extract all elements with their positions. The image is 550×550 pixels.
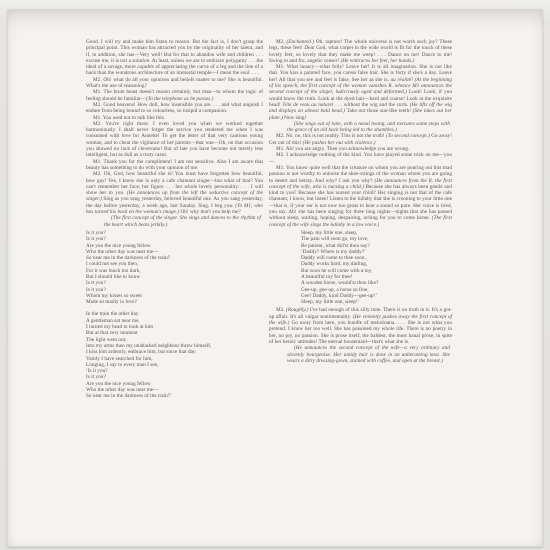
book-page: Good. I will try and make him listen to … — [7, 9, 543, 547]
verse-line: Sleep, my little one, sleep!’ — [301, 299, 452, 305]
paragraph: Good. I will try and make him listen to … — [86, 39, 263, 77]
left-column: Good. I will try and make him listen to … — [86, 39, 263, 402]
verse-line: Made so madly in love? — [86, 299, 263, 305]
paragraph: M2. (Enchanted.) Oh, rapture! The whole … — [269, 39, 452, 64]
verse-block: Sleep, my little one, sleep,The pain wil… — [301, 230, 452, 306]
stage-direction: (He announces the second concept of the … — [287, 345, 450, 364]
verse-block: In the train the other dayA gentleman sa… — [86, 311, 263, 399]
stage-direction: (She sings out of tune, with a nasal twa… — [287, 121, 450, 134]
paragraph: M2. Oh! what do all your opinions and be… — [86, 77, 263, 90]
scan-background: Good. I will try and make him listen to … — [0, 0, 550, 550]
paragraph: M2. You're right there. I even loved you… — [86, 121, 263, 159]
paragraph: M2. I acknowledge nothing of the kind. Y… — [269, 152, 452, 165]
stage-direction: (The first concept of the singer. She si… — [104, 215, 261, 228]
right-column: M2. (Enchanted.) Oh, rapture! The whole … — [269, 39, 452, 402]
paragraph: M2. Good heavens! How dull, how insensib… — [86, 102, 263, 115]
text-block: Good. I will try and make him listen to … — [86, 39, 452, 402]
verse-block: Is it you?Is it you?Are you the nice you… — [86, 230, 263, 306]
paragraph: M1. What lunacy—what folly! Leave her! I… — [269, 64, 452, 121]
paragraph: M2. No, no, this is not reality. This is… — [269, 133, 452, 146]
paragraph: M1. Thank you for the compliment! I am n… — [86, 159, 263, 172]
paragraph: M1. The brute beast doesn't reason certa… — [86, 89, 263, 102]
paragraph: M2. Oh, God, how beautiful she is! You m… — [86, 171, 263, 215]
verse-line: So near me in the darkness of the train?… — [86, 393, 263, 399]
paragraph: M1. You know quite well that the creatur… — [269, 165, 452, 228]
paragraph: M2. (Roughly.) I've had enough of this s… — [269, 307, 452, 345]
